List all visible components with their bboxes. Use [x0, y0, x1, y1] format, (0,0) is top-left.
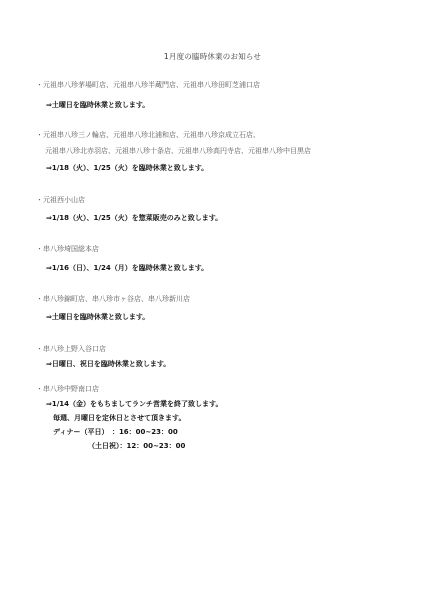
- closure-note: ⇒1/18（火）、1/25（火）を臨時休業と致します。: [46, 164, 208, 173]
- closure-note: ⇒1/14（金）をもちましてランチ営業を終了致します。: [46, 400, 222, 409]
- store-list: ・串八珍中野南口店: [36, 385, 99, 394]
- closure-note: ⇒1/18（火）、1/25（火）を惣菜販売のみと致します。: [46, 214, 222, 223]
- store-list: ・串八珍上野入谷口店: [36, 345, 106, 354]
- store-list: ・串八珍埼国総本店: [36, 245, 99, 254]
- store-list: ・元祖串八珍茅場町店、元祖串八珍半蔵門店、元祖串八珍田町芝浦口店: [36, 81, 260, 90]
- store-list: 元祖串八珍北赤羽店、元祖串八珍十条店、元祖串八珍高円寺店、元祖串八珍中目黒店: [45, 147, 311, 156]
- closure-note: ⇒1/16（日）、1/24（月）を臨時休業と致します。: [46, 264, 208, 273]
- store-list: ・串八珍錦町店、串八珍市ヶ谷店、串八珍新川店: [36, 295, 190, 304]
- dinner-weekend-hours: （土日祝）：12：00~23：00: [88, 442, 185, 451]
- store-list: ・元祖串八珍三ノ輪店、元祖串八珍北浦和店、元祖串八珍京成立石店、: [36, 131, 260, 140]
- closure-note: ⇒土曜日を臨時休業と致します。: [46, 313, 149, 322]
- store-list: ・元祖西小山店: [36, 196, 85, 205]
- holiday-note: 毎週、月曜日を定休日とさせて頂きます。: [53, 414, 185, 423]
- dinner-weekday-hours: ディナー（平日） ：16：00~23：00: [53, 428, 178, 437]
- document-title: 1月度の臨時休業のお知らせ: [0, 51, 425, 62]
- closure-note: ⇒土曜日を臨時休業と致します。: [46, 101, 149, 110]
- closure-note: ⇒日曜日、祝日を臨時休業と致します。: [46, 360, 170, 369]
